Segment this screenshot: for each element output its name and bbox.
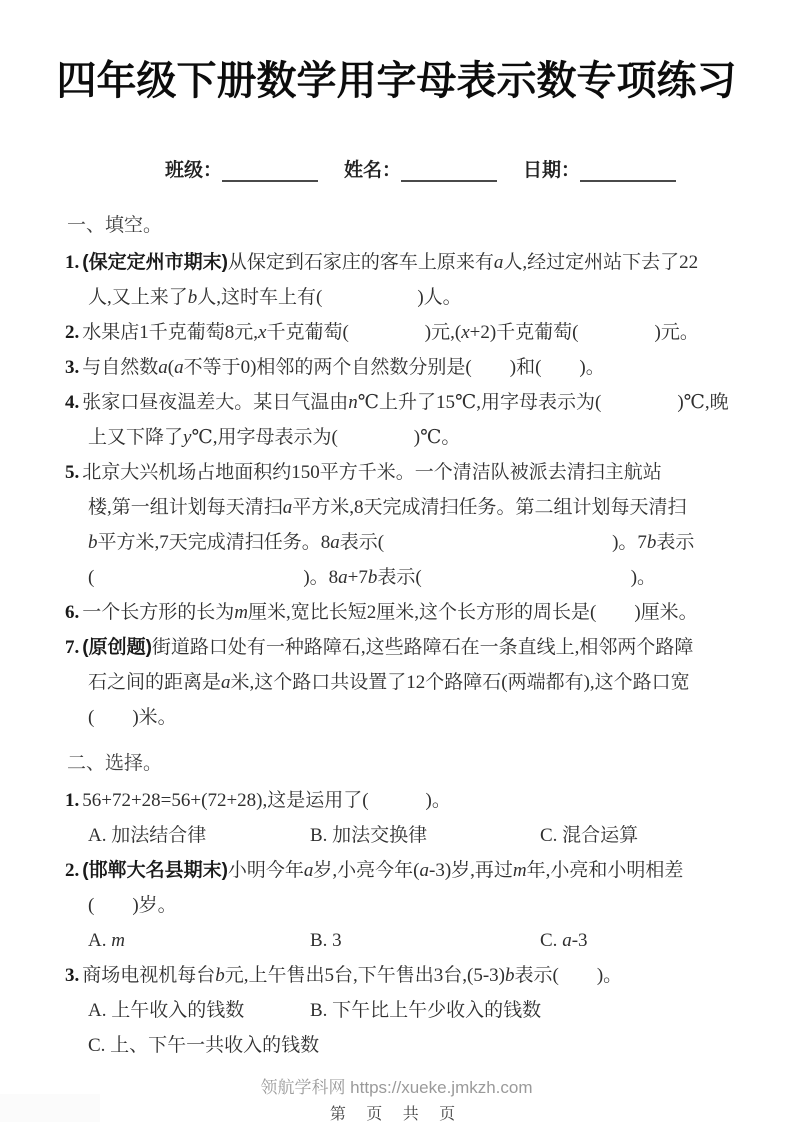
question-number: 3. bbox=[65, 965, 79, 986]
option-c: C. 混合运算 bbox=[540, 818, 737, 853]
fill-question-7: 7.(原创题)街道路口处有一种路障石,这些路障石在一条直线上,相邻两个路障石之间… bbox=[65, 630, 737, 735]
option-c: C. a-3 bbox=[540, 923, 737, 958]
fill-question-6: 6.一个长方形的长为m厘米,宽比长短2厘米,这个长方形的周长是( )厘米。 bbox=[65, 595, 737, 630]
question-text: 商场电视机每台b元,上午售出5台,下午售出3台,(5-3)b表示( )。 bbox=[82, 965, 622, 986]
question-source-tag: (邯郸大名县期末) bbox=[82, 860, 228, 881]
footer-page-indicator: 第 页 共 页 bbox=[0, 1103, 793, 1122]
section-heading-fill: 一、填空。 bbox=[67, 208, 737, 243]
page-footer: 领航学科网 https://xueke.jmkzh.com 第 页 共 页 bbox=[0, 1076, 793, 1122]
fill-question-3: 3.与自然数a(a不等于0)相邻的两个自然数分别是( )和( )。 bbox=[65, 350, 737, 385]
fill-question-5: 5.北京大兴机场占地面积约150平方千米。一个清洁队被派去清扫主航站楼,第一组计… bbox=[65, 455, 737, 595]
question-number: 1. bbox=[65, 252, 79, 273]
question-number: 3. bbox=[65, 357, 79, 378]
question-source-tag: (保定定州市期末) bbox=[82, 252, 228, 273]
choice-3-options-row1: A. 上午收入的钱数 B. 下午比上午少收入的钱数 bbox=[88, 993, 737, 1028]
fill-question-2: 2.水果店1千克葡萄8元,x千克葡萄( )元,(x+2)千克葡萄( )元。 bbox=[65, 315, 737, 350]
student-info-row: 班级： 姓名： 日期： bbox=[165, 155, 793, 182]
worksheet-page: 四年级下册数学用字母表示数专项练习 班级： 姓名： 日期： 一、填空。 1.(保… bbox=[0, 0, 793, 1122]
option-b: B. 3 bbox=[310, 923, 540, 958]
question-number: 4. bbox=[65, 392, 79, 413]
question-number: 1. bbox=[65, 790, 79, 811]
question-number: 2. bbox=[65, 322, 79, 343]
option-b: B. 下午比上午少收入的钱数 bbox=[310, 993, 737, 1028]
option-c: C. 上、下午一共收入的钱数 bbox=[88, 1028, 737, 1063]
class-field: 班级： bbox=[165, 155, 318, 182]
option-a: A. 加法结合律 bbox=[88, 818, 310, 853]
worksheet-body: 一、填空。 1.(保定定州市期末)从保定到石家庄的客车上原来有a人,经过定州站下… bbox=[0, 208, 793, 1063]
footer-site-link: 领航学科网 https://xueke.jmkzh.com bbox=[0, 1076, 793, 1100]
choice-question-2: 2.(邯郸大名县期末)小明今年a岁,小亮今年(a-3)岁,再过m年,小亮和小明相… bbox=[65, 853, 737, 923]
question-text: 水果店1千克葡萄8元,x千克葡萄( )元,(x+2)千克葡萄( )元。 bbox=[82, 322, 699, 343]
choice-3-options-row2: C. 上、下午一共收入的钱数 bbox=[88, 1028, 737, 1063]
fill-question-1: 1.(保定定州市期末)从保定到石家庄的客车上原来有a人,经过定州站下去了22人,… bbox=[65, 245, 737, 315]
question-source-tag: (原创题) bbox=[82, 637, 152, 658]
class-blank-line bbox=[222, 159, 318, 182]
class-label: 班级： bbox=[165, 155, 222, 182]
question-text: 与自然数a(a不等于0)相邻的两个自然数分别是( )和( )。 bbox=[82, 357, 604, 378]
question-number: 2. bbox=[65, 860, 79, 881]
name-label: 姓名： bbox=[344, 155, 401, 182]
page-title: 四年级下册数学用字母表示数专项练习 bbox=[30, 57, 763, 105]
date-label: 日期： bbox=[523, 155, 580, 182]
option-a: A. m bbox=[88, 923, 310, 958]
choice-2-options: A. m B. 3 C. a-3 bbox=[88, 923, 737, 958]
date-blank-line bbox=[580, 159, 676, 182]
question-number: 5. bbox=[65, 462, 79, 483]
question-text: 56+72+28=56+(72+28),这是运用了( )。 bbox=[82, 790, 451, 811]
choice-1-options: A. 加法结合律 B. 加法交换律 C. 混合运算 bbox=[88, 818, 737, 853]
option-b: B. 加法交换律 bbox=[310, 818, 540, 853]
name-blank-line bbox=[401, 159, 497, 182]
section-heading-choice: 二、选择。 bbox=[67, 746, 737, 781]
scan-artifact bbox=[0, 1094, 100, 1122]
choice-question-1: 1.56+72+28=56+(72+28),这是运用了( )。 bbox=[65, 783, 737, 818]
fill-question-4: 4.张家口昼夜温差大。某日气温由n℃上升了15℃,用字母表示为( )℃,晚上又下… bbox=[65, 385, 737, 455]
question-text: 张家口昼夜温差大。某日气温由n℃上升了15℃,用字母表示为( )℃,晚上又下降了… bbox=[82, 392, 728, 448]
question-number: 7. bbox=[65, 637, 79, 658]
name-field: 姓名： bbox=[344, 155, 497, 182]
question-number: 6. bbox=[65, 602, 79, 623]
option-a: A. 上午收入的钱数 bbox=[88, 993, 310, 1028]
question-text: 街道路口处有一种路障石,这些路障石在一条直线上,相邻两个路障石之间的距离是a米,… bbox=[88, 637, 693, 728]
question-text: 一个长方形的长为m厘米,宽比长短2厘米,这个长方形的周长是( )厘米。 bbox=[82, 602, 697, 623]
question-text: 北京大兴机场占地面积约150平方千米。一个清洁队被派去清扫主航站楼,第一组计划每… bbox=[82, 462, 694, 588]
date-field: 日期： bbox=[523, 155, 676, 182]
choice-question-3: 3.商场电视机每台b元,上午售出5台,下午售出3台,(5-3)b表示( )。 bbox=[65, 958, 737, 993]
